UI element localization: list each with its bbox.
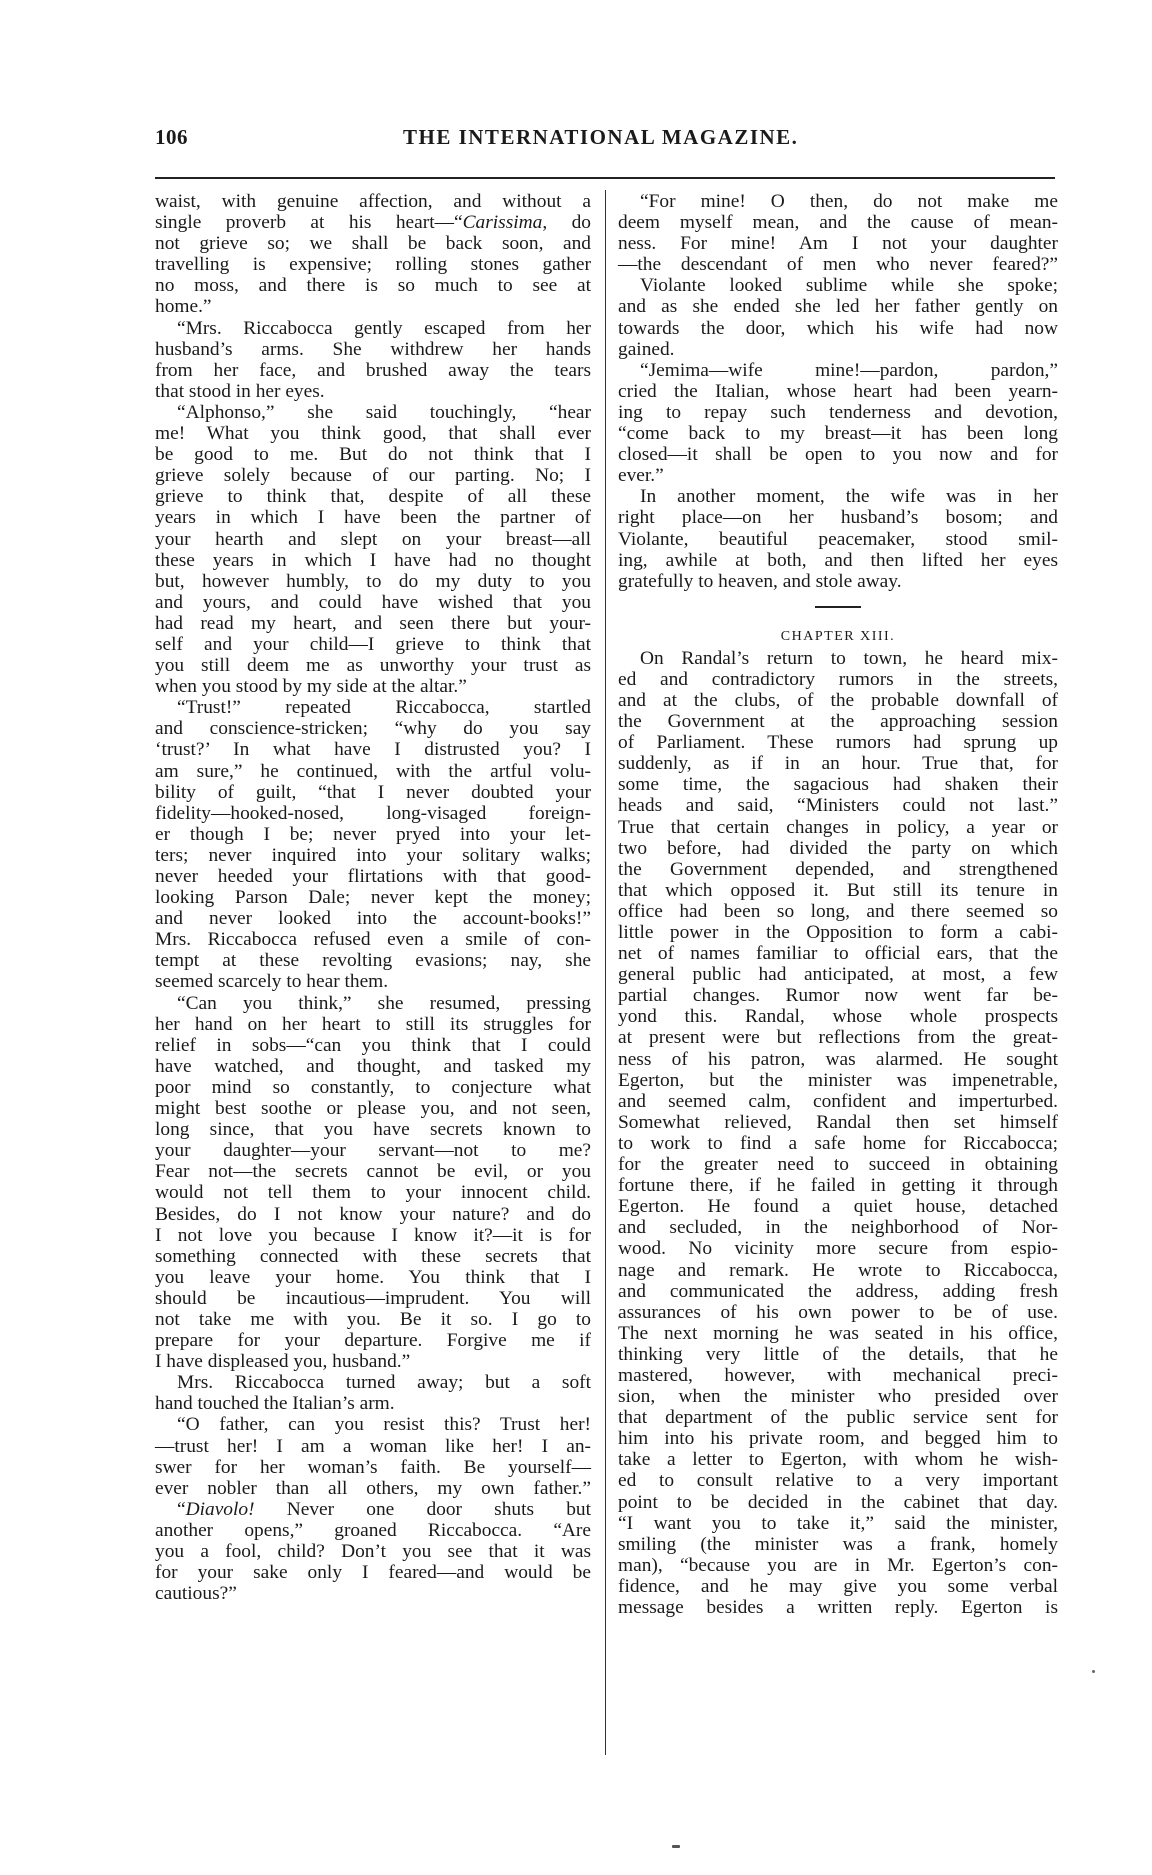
text-line: point to be decided in the cabinet that … [618,1492,1058,1513]
italic-phrase: Carissima [463,212,543,233]
text-line: I not love you because I know it?—it is … [155,1225,591,1246]
running-title: THE INTERNATIONAL MAGAZINE. [403,125,798,150]
text-line: mastered, however, with mechanical preci… [618,1365,1058,1386]
right-column-before-chapter: “For mine! O then, do not make medeem my… [618,191,1058,592]
text-line: not take me with you. Be it so. I go to [155,1309,591,1330]
text-line: the Government depended, and strengthene… [618,859,1058,880]
text-line: gratefully to heaven, and stole away. [618,571,1058,592]
text-line: to work to find a safe home for Riccaboc… [618,1133,1058,1154]
text-line: for your sake only I feared—and would be [155,1562,591,1583]
text-line: and secluded, in the neighborhood of Nor… [618,1217,1058,1238]
text-line: single proverb at his heart—“Carissima, … [155,212,591,233]
text-line: “Jemima—wife mine!—pardon, pardon,” [618,360,1058,381]
text-line: take a letter to Egerton, with whom he w… [618,1449,1058,1470]
text-line: Egerton. He found a quiet house, detache… [618,1196,1058,1217]
text-line: Mrs. Riccabocca turned away; but a soft [155,1372,591,1393]
text-line: ing to repay such tenderness and devotio… [618,402,1058,423]
print-speck [672,1845,680,1848]
text-line: hand touched the Italian’s arm. [155,1393,591,1414]
text-line: tempt at these revolting evasions; nay, … [155,950,591,971]
text-line: self and your child—I grieve to think th… [155,634,591,655]
print-speck [1092,1670,1095,1673]
section-separator-rule [815,606,861,608]
text-line: am sure,” he continued, with the artful … [155,761,591,782]
text-line: that department of the public service se… [618,1407,1058,1428]
text-line: suddenly, as if in an hour. True that, f… [618,753,1058,774]
text-line: yond this. Randal, whose whole prospects [618,1006,1058,1027]
text-line: Violante, beautiful peacemaker, stood sm… [618,529,1058,550]
text-line: True that certain changes in policy, a y… [618,817,1058,838]
text-line: “come back to my breast—it has been long [618,423,1058,444]
text-line: from her face, and brushed away the tear… [155,360,591,381]
text-line: ever nobler than all others, my own fath… [155,1478,591,1499]
text-line: “Can you think,” she resumed, pressing [155,993,591,1014]
text-line: your hearth and slept on your breast—all [155,529,591,550]
text-line: fortune there, if he failed in getting i… [618,1175,1058,1196]
text-line: grieve to think that, despite of all the… [155,486,591,507]
text-line: have watched, and thought, and tasked my [155,1056,591,1077]
header-rule [155,177,1055,179]
page-number: 106 [155,125,188,150]
chapter-heading: CHAPTER XIII. [618,626,1058,648]
text-line: Egerton, but the minister was impenetrab… [618,1070,1058,1091]
text-line: of Parliament. These rumors had sprung u… [618,732,1058,753]
text-line: your daughter—your servant—not to me? [155,1140,591,1161]
text-line: towards the door, which his wife had now [618,318,1058,339]
text-line: heads and said, “Ministers could not las… [618,795,1058,816]
text-line: you still deem me as unworthy your trust… [155,655,591,676]
text-line: had read my heart, and seen there but yo… [155,613,591,634]
text-line: years in which I have been the partner o… [155,507,591,528]
running-header: 106 THE INTERNATIONAL MAGAZINE. [155,115,1055,155]
text-line: partial changes. Rumor now went far be- [618,985,1058,1006]
text-line: for the greater need to succeed in obtai… [618,1154,1058,1175]
text-line: gained. [618,339,1058,360]
text-line: should be incautious—imprudent. You will [155,1288,591,1309]
text-line: ness. For mine! Am I not your daughter [618,233,1058,254]
text-line: husband’s arms. She withdrew her hands [155,339,591,360]
text-line: fidelity—hooked-nosed, long-visaged fore… [155,803,591,824]
text-line: not grieve so; we shall be back soon, an… [155,233,591,254]
text-line: bility of guilt, “that I never doubted y… [155,782,591,803]
right-column: “For mine! O then, do not make medeem my… [618,191,1058,1618]
text-line: fidence, and he may give you some verbal [618,1576,1058,1597]
text-line: sion, when the minister who presided ove… [618,1386,1058,1407]
text-line: I have displeased you, husband.” [155,1351,591,1372]
text-line: cried the Italian, whose heart had been … [618,381,1058,402]
text-line: these years in which I have had no thoug… [155,550,591,571]
text-line: home.” [155,296,591,317]
text-line: Violante looked sublime while she spoke; [618,275,1058,296]
text-line: The next morning he was seated in his of… [618,1323,1058,1344]
text-line: looking Parson Dale; never kept the mone… [155,887,591,908]
text-line: something connected with these secrets t… [155,1246,591,1267]
text-line: general public had anticipated, at most,… [618,964,1058,985]
text-line: that which opposed it. But still its ten… [618,880,1058,901]
text-line: right place—on her husband’s bosom; and [618,507,1058,528]
text-line: and as she ended she led her father gent… [618,296,1058,317]
text-line: another opens,” groaned Riccabocca. “Are [155,1520,591,1541]
text-line: some time, the sagacious had shaken thei… [618,774,1058,795]
text-line: long since, that you have secrets known … [155,1119,591,1140]
text-line: “O father, can you resist this? Trust he… [155,1414,591,1435]
text-line: office had been so long, and there seeme… [618,901,1058,922]
text-line: “For mine! O then, do not make me [618,191,1058,212]
text-line: waist, with genuine affection, and witho… [155,191,591,212]
text-line: Somewhat relieved, Randal then set himse… [618,1112,1058,1133]
text-line: ing, awhile at both, and then lifted her… [618,550,1058,571]
text-line: never heeded your flirtations with that … [155,866,591,887]
text-line: be good to me. But do not think that I [155,444,591,465]
text-line: me! What you think good, that shall ever [155,423,591,444]
text-line: nage and remark. He wrote to Riccabocca, [618,1260,1058,1281]
text-line: prepare for your departure. Forgive me i… [155,1330,591,1351]
text-line: you a fool, child? Don’t you see that it… [155,1541,591,1562]
text-line: swer for her woman’s faith. Be yourself— [155,1457,591,1478]
text-line: On Randal’s return to town, he heard mix… [618,648,1058,669]
text-line: no moss, and there is so much to see at [155,275,591,296]
text-line: assurances of his own power to be of use… [618,1302,1058,1323]
text-line: ed to consult relative to a very importa… [618,1470,1058,1491]
text-line: two before, had divided the party on whi… [618,838,1058,859]
text-line: —the descendant of men who never feared?… [618,254,1058,275]
text-line: and at the clubs, of the probable downfa… [618,690,1058,711]
text-line: might best soothe or please you, and not… [155,1098,591,1119]
text-line: her hand on her heart to still its strug… [155,1014,591,1035]
text-line: thinking very little of the details, tha… [618,1344,1058,1365]
text-line: and conscience-stricken; “why do you say [155,718,591,739]
text-line: In another moment, the wife was in her [618,486,1058,507]
text-line: “Diavolo! Never one door shuts but [155,1499,591,1520]
text-line: wood. No vicinity more secure from espio… [618,1238,1058,1259]
text-line: Besides, do I not know your nature? and … [155,1204,591,1225]
text-line: ever.” [618,465,1058,486]
text-line: ‘trust?’ In what have I distrusted you? … [155,739,591,760]
left-column: waist, with genuine affection, and witho… [155,191,591,1604]
text-line: “Trust!” repeated Riccabocca, startled [155,697,591,718]
text-line: closed—it shall be open to you now and f… [618,444,1058,465]
text-line: Mrs. Riccabocca refused even a smile of … [155,929,591,950]
text-line: when you stood by my side at the altar.” [155,676,591,697]
text-line: that stood in her eyes. [155,381,591,402]
text-line: him into his private room, and begged hi… [618,1428,1058,1449]
right-column-after-chapter: On Randal’s return to town, he heard mix… [618,648,1058,1618]
text-line: deem myself mean, and the cause of mean- [618,212,1058,233]
text-line: little power in the Opposition to form a… [618,922,1058,943]
text-line: and never looked into the account-books!… [155,908,591,929]
text-line: cautious?” [155,1583,591,1604]
text-line: you leave your home. You think that I [155,1267,591,1288]
text-line: and communicated the address, adding fre… [618,1281,1058,1302]
column-divider [605,190,606,1755]
text-line: message besides a written reply. Egerton… [618,1597,1058,1618]
text-line: seemed scarcely to hear them. [155,971,591,992]
text-line: smiling (the minister was a frank, homel… [618,1534,1058,1555]
text-line: relief in sobs—“can you think that I cou… [155,1035,591,1056]
text-line: at present were but reflections from the… [618,1027,1058,1048]
text-line: ness of his patron, was alarmed. He soug… [618,1049,1058,1070]
text-line: would not tell them to your innocent chi… [155,1182,591,1203]
text-line: ters; never inquired into your solitary … [155,845,591,866]
text-line: “Mrs. Riccabocca gently escaped from her [155,318,591,339]
text-line: ed and contradictory rumors in the stree… [618,669,1058,690]
text-line: “Alphonso,” she said touchingly, “hear [155,402,591,423]
text-line: but, however humbly, to do my duty to yo… [155,571,591,592]
italic-phrase: Diavolo! [186,1499,255,1520]
text-line: net of names familiar to official ears, … [618,943,1058,964]
text-line: poor mind so constantly, to conjecture w… [155,1077,591,1098]
text-line: man), “because you are in Mr. Egerton’s … [618,1555,1058,1576]
text-line: and seemed calm, confident and imperturb… [618,1091,1058,1112]
text-line: er though I be; never pryed into your le… [155,824,591,845]
text-line: —trust her! I am a woman like her! I an- [155,1436,591,1457]
text-line: and yours, and could have wished that yo… [155,592,591,613]
text-line: the Government at the approaching sessio… [618,711,1058,732]
text-line: Fear not—the secrets cannot be evil, or … [155,1161,591,1182]
text-line: travelling is expensive; rolling stones … [155,254,591,275]
text-line: grieve solely because of our parting. No… [155,465,591,486]
text-line: “I want you to take it,” said the minist… [618,1513,1058,1534]
